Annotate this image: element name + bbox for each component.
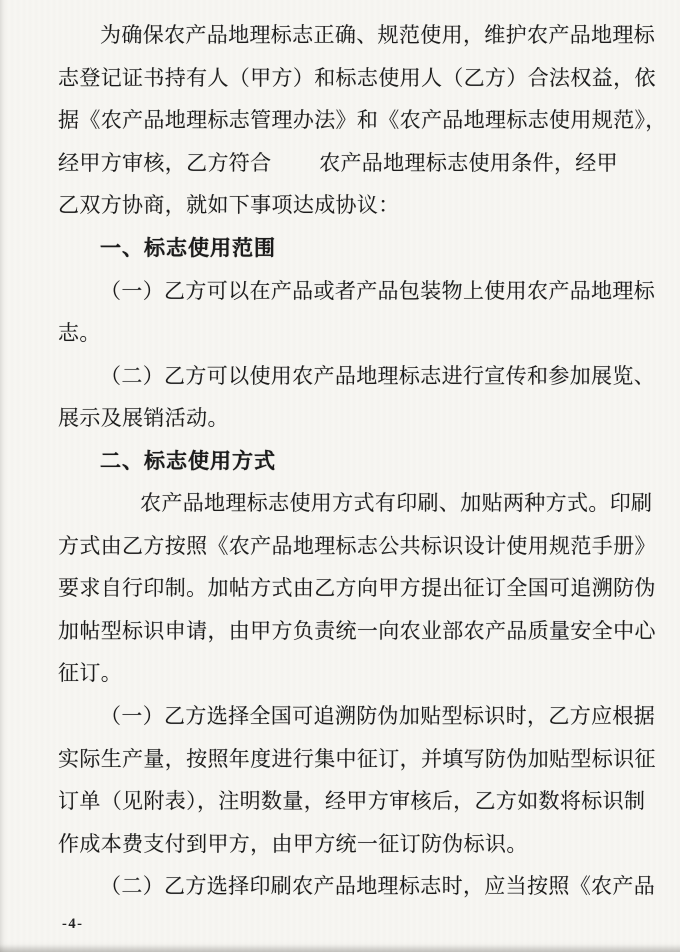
text-line: 乙双方协商，就如下事项达成协议： (58, 183, 618, 226)
section-heading: 二、标志使用方式 (58, 438, 618, 481)
section-heading: 一、标志使用范围 (58, 226, 618, 269)
text-segment: 经甲方审核，乙方符合 (58, 147, 272, 177)
text-line: （二）乙方选择印刷农产品地理标志时，应当按照《农产品 (58, 864, 618, 907)
document-body: 为确保农产品地理标志正确、规范使用，维护农产品地理标志登记证书持有人（甲方）和标… (58, 13, 618, 906)
scan-bottom-edge-shadow (0, 944, 680, 952)
text-segment: 农产品地理标志使用条件，经甲 (319, 147, 618, 177)
text-line: 经甲方审核，乙方符合农产品地理标志使用条件，经甲 (58, 141, 618, 184)
text-line: 展示及展销活动。 (58, 396, 618, 439)
text-line: 征订。 (58, 651, 618, 694)
text-line: 志登记证书持有人（甲方）和标志使用人（乙方）合法权益，依 (58, 56, 618, 99)
text-line: 加帖型标识申请，由甲方负责统一向农业部农产品质量安全中心 (58, 609, 618, 652)
scan-left-edge-shadow (0, 0, 5, 952)
scanned-document-page: 为确保农产品地理标志正确、规范使用，维护农产品地理标志登记证书持有人（甲方）和标… (0, 0, 680, 952)
text-line: 作成本费支付到甲方，由甲方统一征订防伪标识。 (58, 821, 618, 864)
text-line: 订单（见附表），注明数量，经甲方审核后，乙方如数将标识制 (58, 779, 618, 822)
text-line: 要求自行印制。加帖方式由乙方向甲方提出征订全国可追溯防伪 (58, 566, 618, 609)
text-line: 据《农产品地理标志管理办法》和《农产品地理标志使用规范》， (58, 98, 618, 141)
text-line: 方式由乙方按照《农产品地理标志公共标识设计使用规范手册》 (58, 524, 618, 567)
fill-in-blank (272, 161, 320, 162)
text-line: （二）乙方可以使用农产品地理标志进行宣传和参加展览、 (58, 353, 618, 396)
text-line: 实际生产量，按照年度进行集中征订，并填写防伪加贴型标识征 (58, 736, 618, 779)
text-line: 志。 (58, 311, 618, 354)
text-line: （一）乙方选择全国可追溯防伪加贴型标识时，乙方应根据 (58, 694, 618, 737)
text-line: 农产品地理标志使用方式有印刷、加贴两种方式。印刷 (58, 481, 618, 524)
page-number: -4- (62, 916, 83, 933)
text-line: 为确保农产品地理标志正确、规范使用，维护农产品地理标 (58, 13, 618, 56)
text-line: （一）乙方可以在产品或者产品包装物上使用农产品地理标 (58, 268, 618, 311)
